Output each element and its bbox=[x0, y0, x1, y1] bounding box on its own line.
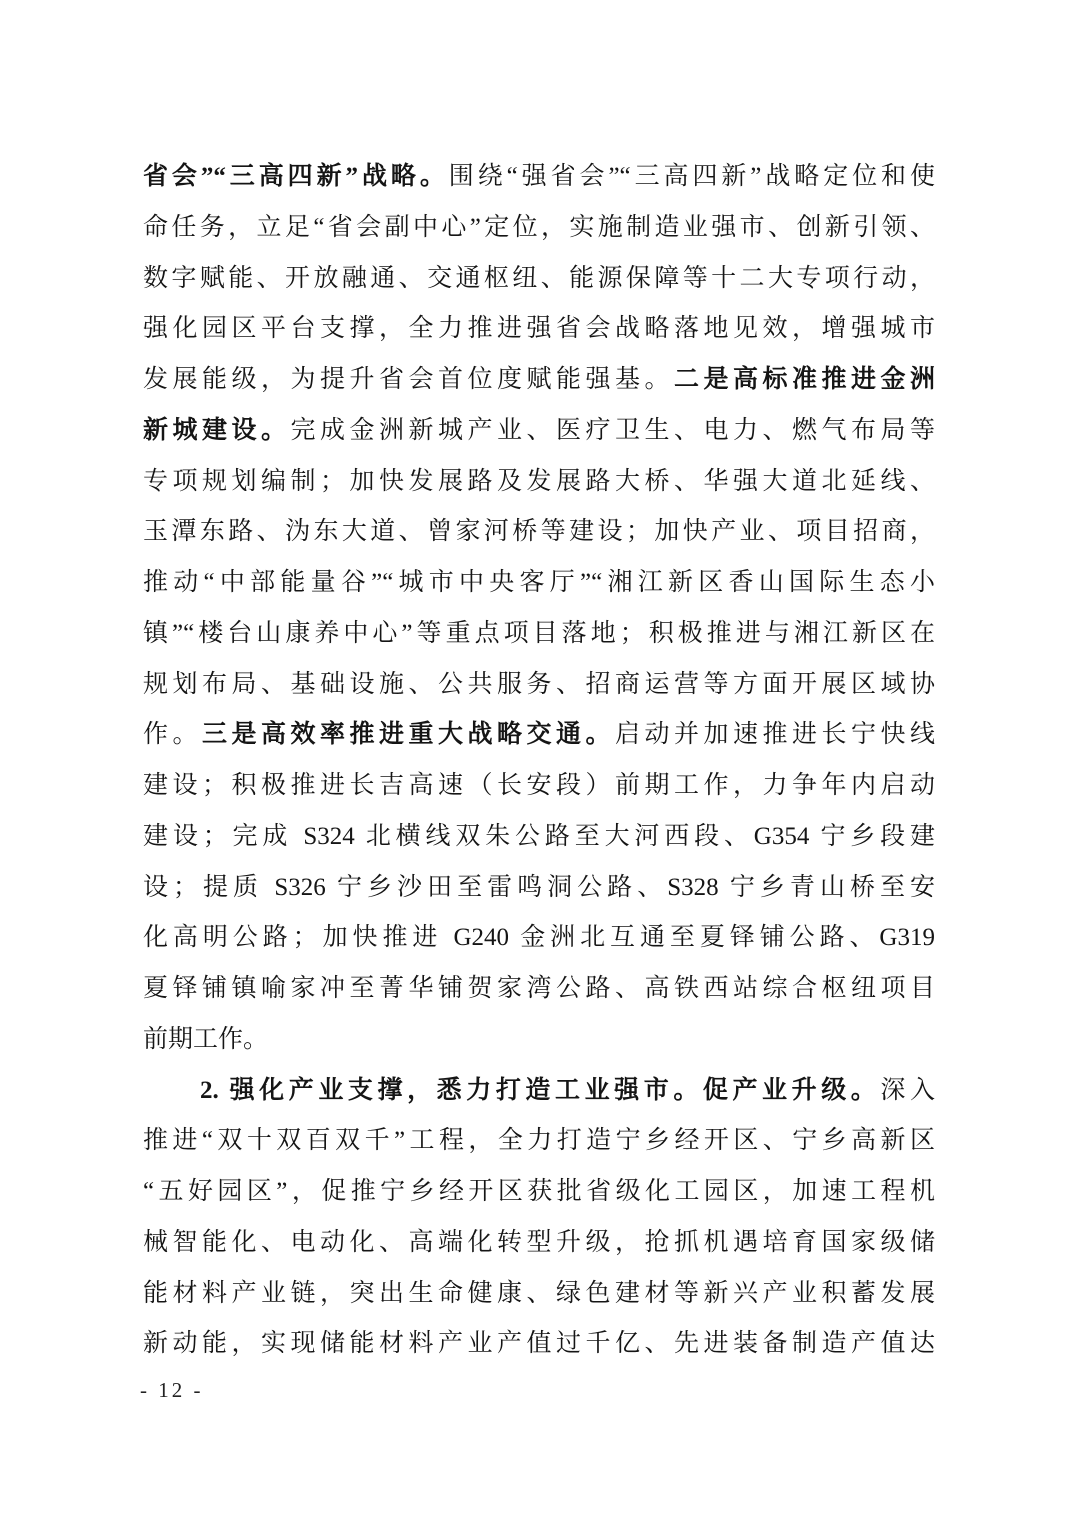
bold-text-run: 2. 强化产业支撑，悉力打造工业强市。促产业升级。 bbox=[200, 1077, 880, 1104]
page-number: - 12 - bbox=[140, 1376, 204, 1404]
text-run: 围绕“强省会”“三高四新”战略定位和使 bbox=[449, 163, 935, 190]
text-run: 作。 bbox=[143, 721, 202, 748]
text-run: 前期工作。 bbox=[143, 1026, 268, 1053]
text-run: 推动“中部能量谷”“城市中央客厅”“湘江新区香山国际生态小 bbox=[143, 569, 935, 596]
text-line: 命任务，立足“省会副中心”定位，实施制造业强市、创新引领、 bbox=[143, 203, 935, 254]
text-run: 推进“双十双百双千”工程，全力打造宁乡经开区、宁乡高新区 bbox=[143, 1127, 935, 1154]
text-run: 建设；积极推进长吉高速（长安段）前期工作，力争年内启动 bbox=[143, 772, 935, 799]
text-run: 能材料产业链，突出生命健康、绿色建材等新兴产业积蓄发展 bbox=[143, 1280, 935, 1307]
text-line: 建设；积极推进长吉高速（长安段）前期工作，力争年内启动 bbox=[143, 761, 935, 812]
text-line: 能材料产业链，突出生命健康、绿色建材等新兴产业积蓄发展 bbox=[143, 1269, 935, 1320]
text-run: 命任务，立足“省会副中心”定位，实施制造业强市、创新引领、 bbox=[143, 214, 935, 241]
document-body: 省会”“三高四新”战略。围绕“强省会”“三高四新”战略定位和使命任务，立足“省会… bbox=[143, 152, 935, 1370]
text-line: 规划布局、基础设施、公共服务、招商运营等方面开展区域协 bbox=[143, 660, 935, 711]
text-run: 数字赋能、开放融通、交通枢纽、能源保障等十二大专项行动， bbox=[143, 265, 935, 292]
text-line: 数字赋能、开放融通、交通枢纽、能源保障等十二大专项行动， bbox=[143, 254, 935, 305]
text-line: 新动能，实现储能材料产业产值过千亿、先进装备制造产值达 bbox=[143, 1319, 935, 1370]
text-line: 强化园区平台支撑，全力推进强省会战略落地见效，增强城市 bbox=[143, 304, 935, 355]
text-line: 2. 强化产业支撑，悉力打造工业强市。促产业升级。深入 bbox=[143, 1066, 935, 1117]
text-line: 玉潭东路、沩东大道、曾家河桥等建设；加快产业、项目招商， bbox=[143, 507, 935, 558]
text-run: 深入 bbox=[880, 1077, 935, 1104]
text-run: 专项规划编制；加快发展路及发展路大桥、华强大道北延线、 bbox=[143, 468, 935, 495]
text-run: 新动能，实现储能材料产业产值过千亿、先进装备制造产值达 bbox=[143, 1330, 935, 1357]
text-run: 夏铎铺镇喻家冲至菁华铺贺家湾公路、高铁西站综合枢纽项目 bbox=[143, 975, 935, 1002]
text-run: 强化园区平台支撑，全力推进强省会战略落地见效，增强城市 bbox=[143, 315, 935, 342]
text-line: 发展能级，为提升省会首位度赋能强基。二是高标准推进金洲 bbox=[143, 355, 935, 406]
text-run: 完成金洲新城产业、医疗卫生、电力、燃气布局等 bbox=[291, 417, 935, 444]
document-page: 省会”“三高四新”战略。围绕“强省会”“三高四新”战略定位和使命任务，立足“省会… bbox=[0, 0, 1074, 1520]
text-run: 设；提质 S326 宁乡沙田至雷鸣洞公路、S328 宁乡青山桥至安 bbox=[143, 874, 935, 901]
text-line: 专项规划编制；加快发展路及发展路大桥、华强大道北延线、 bbox=[143, 457, 935, 508]
text-run: 规划布局、基础设施、公共服务、招商运营等方面开展区域协 bbox=[143, 671, 935, 698]
text-run: 建设；完成 S324 北横线双朱公路至大河西段、G354 宁乡段建 bbox=[143, 823, 935, 850]
text-run: 化高明公路；加快推进 G240 金洲北互通至夏铎铺公路、G319 bbox=[143, 924, 935, 951]
text-run: 发展能级，为提升省会首位度赋能强基。 bbox=[143, 366, 674, 393]
text-line: 械智能化、电动化、高端化转型升级，抢抓机遇培育国家级储 bbox=[143, 1218, 935, 1269]
text-line: 作。三是高效率推进重大战略交通。启动并加速推进长宁快线 bbox=[143, 710, 935, 761]
text-line: 省会”“三高四新”战略。围绕“强省会”“三高四新”战略定位和使 bbox=[143, 152, 935, 203]
text-line: 建设；完成 S324 北横线双朱公路至大河西段、G354 宁乡段建 bbox=[143, 812, 935, 863]
text-run: 械智能化、电动化、高端化转型升级，抢抓机遇培育国家级储 bbox=[143, 1229, 935, 1256]
bold-text-run: 省会”“三高四新”战略。 bbox=[143, 163, 449, 190]
text-run: “五好园区”，促推宁乡经开区获批省级化工园区，加速工程机 bbox=[143, 1178, 935, 1205]
text-line: 夏铎铺镇喻家冲至菁华铺贺家湾公路、高铁西站综合枢纽项目 bbox=[143, 964, 935, 1015]
text-line: 前期工作。 bbox=[143, 1015, 935, 1066]
text-line: 镇”“楼台山康养中心”等重点项目落地；积极推进与湘江新区在 bbox=[143, 609, 935, 660]
text-line: 推进“双十双百双千”工程，全力打造宁乡经开区、宁乡高新区 bbox=[143, 1116, 935, 1167]
text-run: 启动并加速推进长宁快线 bbox=[615, 721, 935, 748]
bold-text-run: 二是高标准推进金洲 bbox=[674, 366, 935, 393]
text-run: 玉潭东路、沩东大道、曾家河桥等建设；加快产业、项目招商， bbox=[143, 518, 935, 545]
text-line: “五好园区”，促推宁乡经开区获批省级化工园区，加速工程机 bbox=[143, 1167, 935, 1218]
text-line: 化高明公路；加快推进 G240 金洲北互通至夏铎铺公路、G319 bbox=[143, 913, 935, 964]
text-line: 设；提质 S326 宁乡沙田至雷鸣洞公路、S328 宁乡青山桥至安 bbox=[143, 863, 935, 914]
text-line: 推动“中部能量谷”“城市中央客厅”“湘江新区香山国际生态小 bbox=[143, 558, 935, 609]
bold-text-run: 三是高效率推进重大战略交通。 bbox=[202, 721, 615, 748]
text-line: 新城建设。完成金洲新城产业、医疗卫生、电力、燃气布局等 bbox=[143, 406, 935, 457]
text-run: 镇”“楼台山康养中心”等重点项目落地；积极推进与湘江新区在 bbox=[143, 620, 935, 647]
bold-text-run: 新城建设。 bbox=[143, 417, 291, 444]
